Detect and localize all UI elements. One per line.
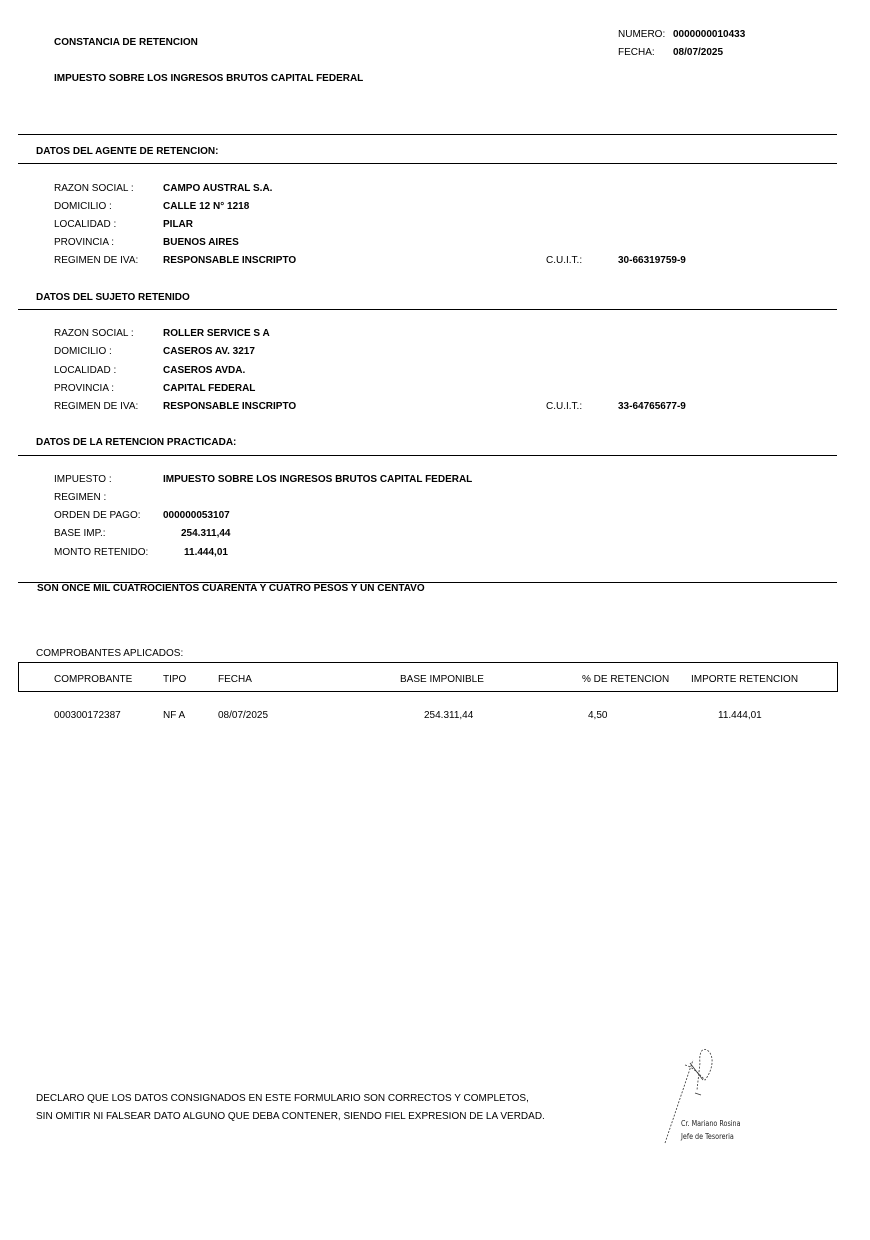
numero-value: 0000000010433 bbox=[673, 29, 745, 40]
sujeto-cuit-label: C.U.I.T.: bbox=[546, 401, 582, 412]
numero-label: NUMERO: bbox=[618, 29, 665, 40]
cell-importe-retencion: 11.444,01 bbox=[718, 710, 762, 721]
fecha-value: 08/07/2025 bbox=[673, 47, 723, 58]
section-title-agente: DATOS DEL AGENTE DE RETENCION: bbox=[36, 146, 218, 157]
agente-domicilio-value: CALLE 12 N° 1218 bbox=[163, 201, 249, 212]
sujeto-provincia-value: CAPITAL FEDERAL bbox=[163, 383, 255, 394]
comprobantes-title: COMPROBANTES APLICADOS: bbox=[36, 648, 183, 659]
sujeto-localidad-label: LOCALIDAD : bbox=[54, 365, 116, 376]
sujeto-domicilio-label: DOMICILIO : bbox=[54, 346, 112, 357]
document-subtitle: IMPUESTO SOBRE LOS INGRESOS BRUTOS CAPIT… bbox=[54, 73, 363, 84]
declaracion-line-2: SIN OMITIR NI FALSEAR DATO ALGUNO QUE DE… bbox=[36, 1111, 545, 1122]
orden-pago-value: 000000053107 bbox=[163, 510, 230, 521]
sujeto-regimen-iva-value: RESPONSABLE INSCRIPTO bbox=[163, 401, 296, 412]
agente-cuit-value: 30-66319759-9 bbox=[618, 255, 686, 266]
base-imp-label: BASE IMP.: bbox=[54, 528, 106, 539]
col-fecha: FECHA bbox=[218, 674, 252, 685]
agente-provincia-value: BUENOS AIRES bbox=[163, 237, 239, 248]
sujeto-provincia-label: PROVINCIA : bbox=[54, 383, 114, 394]
monto-retenido-value: 11.444,01 bbox=[184, 547, 228, 558]
col-tipo: TIPO bbox=[163, 674, 186, 685]
agente-regimen-iva-label: REGIMEN DE IVA: bbox=[54, 255, 138, 266]
monto-retenido-label: MONTO RETENIDO: bbox=[54, 547, 148, 558]
impuesto-label: IMPUESTO : bbox=[54, 474, 112, 485]
cell-comprobante: 000300172387 bbox=[54, 710, 121, 721]
signature-name: Cr. Mariano Rosina bbox=[681, 1119, 741, 1128]
cell-tipo: NF A bbox=[163, 710, 185, 721]
sujeto-razon-social-value: ROLLER SERVICE S A bbox=[163, 328, 270, 339]
agente-localidad-value: PILAR bbox=[163, 219, 193, 230]
sujeto-razon-social-label: RAZON SOCIAL : bbox=[54, 328, 134, 339]
monto-en-letras: SON ONCE MIL CUATROCIENTOS CUARENTA Y CU… bbox=[37, 583, 425, 594]
impuesto-value: IMPUESTO SOBRE LOS INGRESOS BRUTOS CAPIT… bbox=[163, 474, 472, 485]
cell-base-imponible: 254.311,44 bbox=[424, 710, 473, 721]
sujeto-localidad-value: CASEROS AVDA. bbox=[163, 365, 245, 376]
agente-provincia-label: PROVINCIA : bbox=[54, 237, 114, 248]
section-title-retencion: DATOS DE LA RETENCION PRACTICADA: bbox=[36, 437, 236, 448]
agente-cuit-label: C.U.I.T.: bbox=[546, 255, 582, 266]
agente-razon-social-value: CAMPO AUSTRAL S.A. bbox=[163, 183, 272, 194]
col-comprobante: COMPROBANTE bbox=[54, 674, 132, 685]
base-imp-value: 254.311,44 bbox=[181, 528, 231, 539]
regimen-label: REGIMEN : bbox=[54, 492, 106, 503]
section-title-sujeto: DATOS DEL SUJETO RETENIDO bbox=[36, 292, 190, 303]
declaracion-line-1: DECLARO QUE LOS DATOS CONSIGNADOS EN EST… bbox=[36, 1093, 529, 1104]
signature-role: Jefe de Tesoreria bbox=[681, 1132, 734, 1141]
fecha-label: FECHA: bbox=[618, 47, 655, 58]
agente-localidad-label: LOCALIDAD : bbox=[54, 219, 116, 230]
sujeto-regimen-iva-label: REGIMEN DE IVA: bbox=[54, 401, 138, 412]
divider bbox=[18, 309, 837, 310]
col-porcentaje-retencion: % DE RETENCION bbox=[582, 674, 669, 685]
cell-porcentaje-retencion: 4,50 bbox=[588, 710, 607, 721]
col-importe-retencion: IMPORTE RETENCION bbox=[691, 674, 798, 685]
agente-razon-social-label: RAZON SOCIAL : bbox=[54, 183, 134, 194]
divider bbox=[18, 163, 837, 164]
agente-domicilio-label: DOMICILIO : bbox=[54, 201, 112, 212]
signature: Cr. Mariano Rosina Jefe de Tesoreria bbox=[655, 1045, 765, 1150]
cell-fecha: 08/07/2025 bbox=[218, 710, 268, 721]
sujeto-domicilio-value: CASEROS AV. 3217 bbox=[163, 346, 255, 357]
divider bbox=[18, 455, 837, 456]
col-base-imponible: BASE IMPONIBLE bbox=[400, 674, 484, 685]
divider bbox=[18, 134, 837, 135]
agente-regimen-iva-value: RESPONSABLE INSCRIPTO bbox=[163, 255, 296, 266]
orden-pago-label: ORDEN DE PAGO: bbox=[54, 510, 141, 521]
document-title: CONSTANCIA DE RETENCION bbox=[54, 37, 198, 48]
sujeto-cuit-value: 33-64765677-9 bbox=[618, 401, 686, 412]
